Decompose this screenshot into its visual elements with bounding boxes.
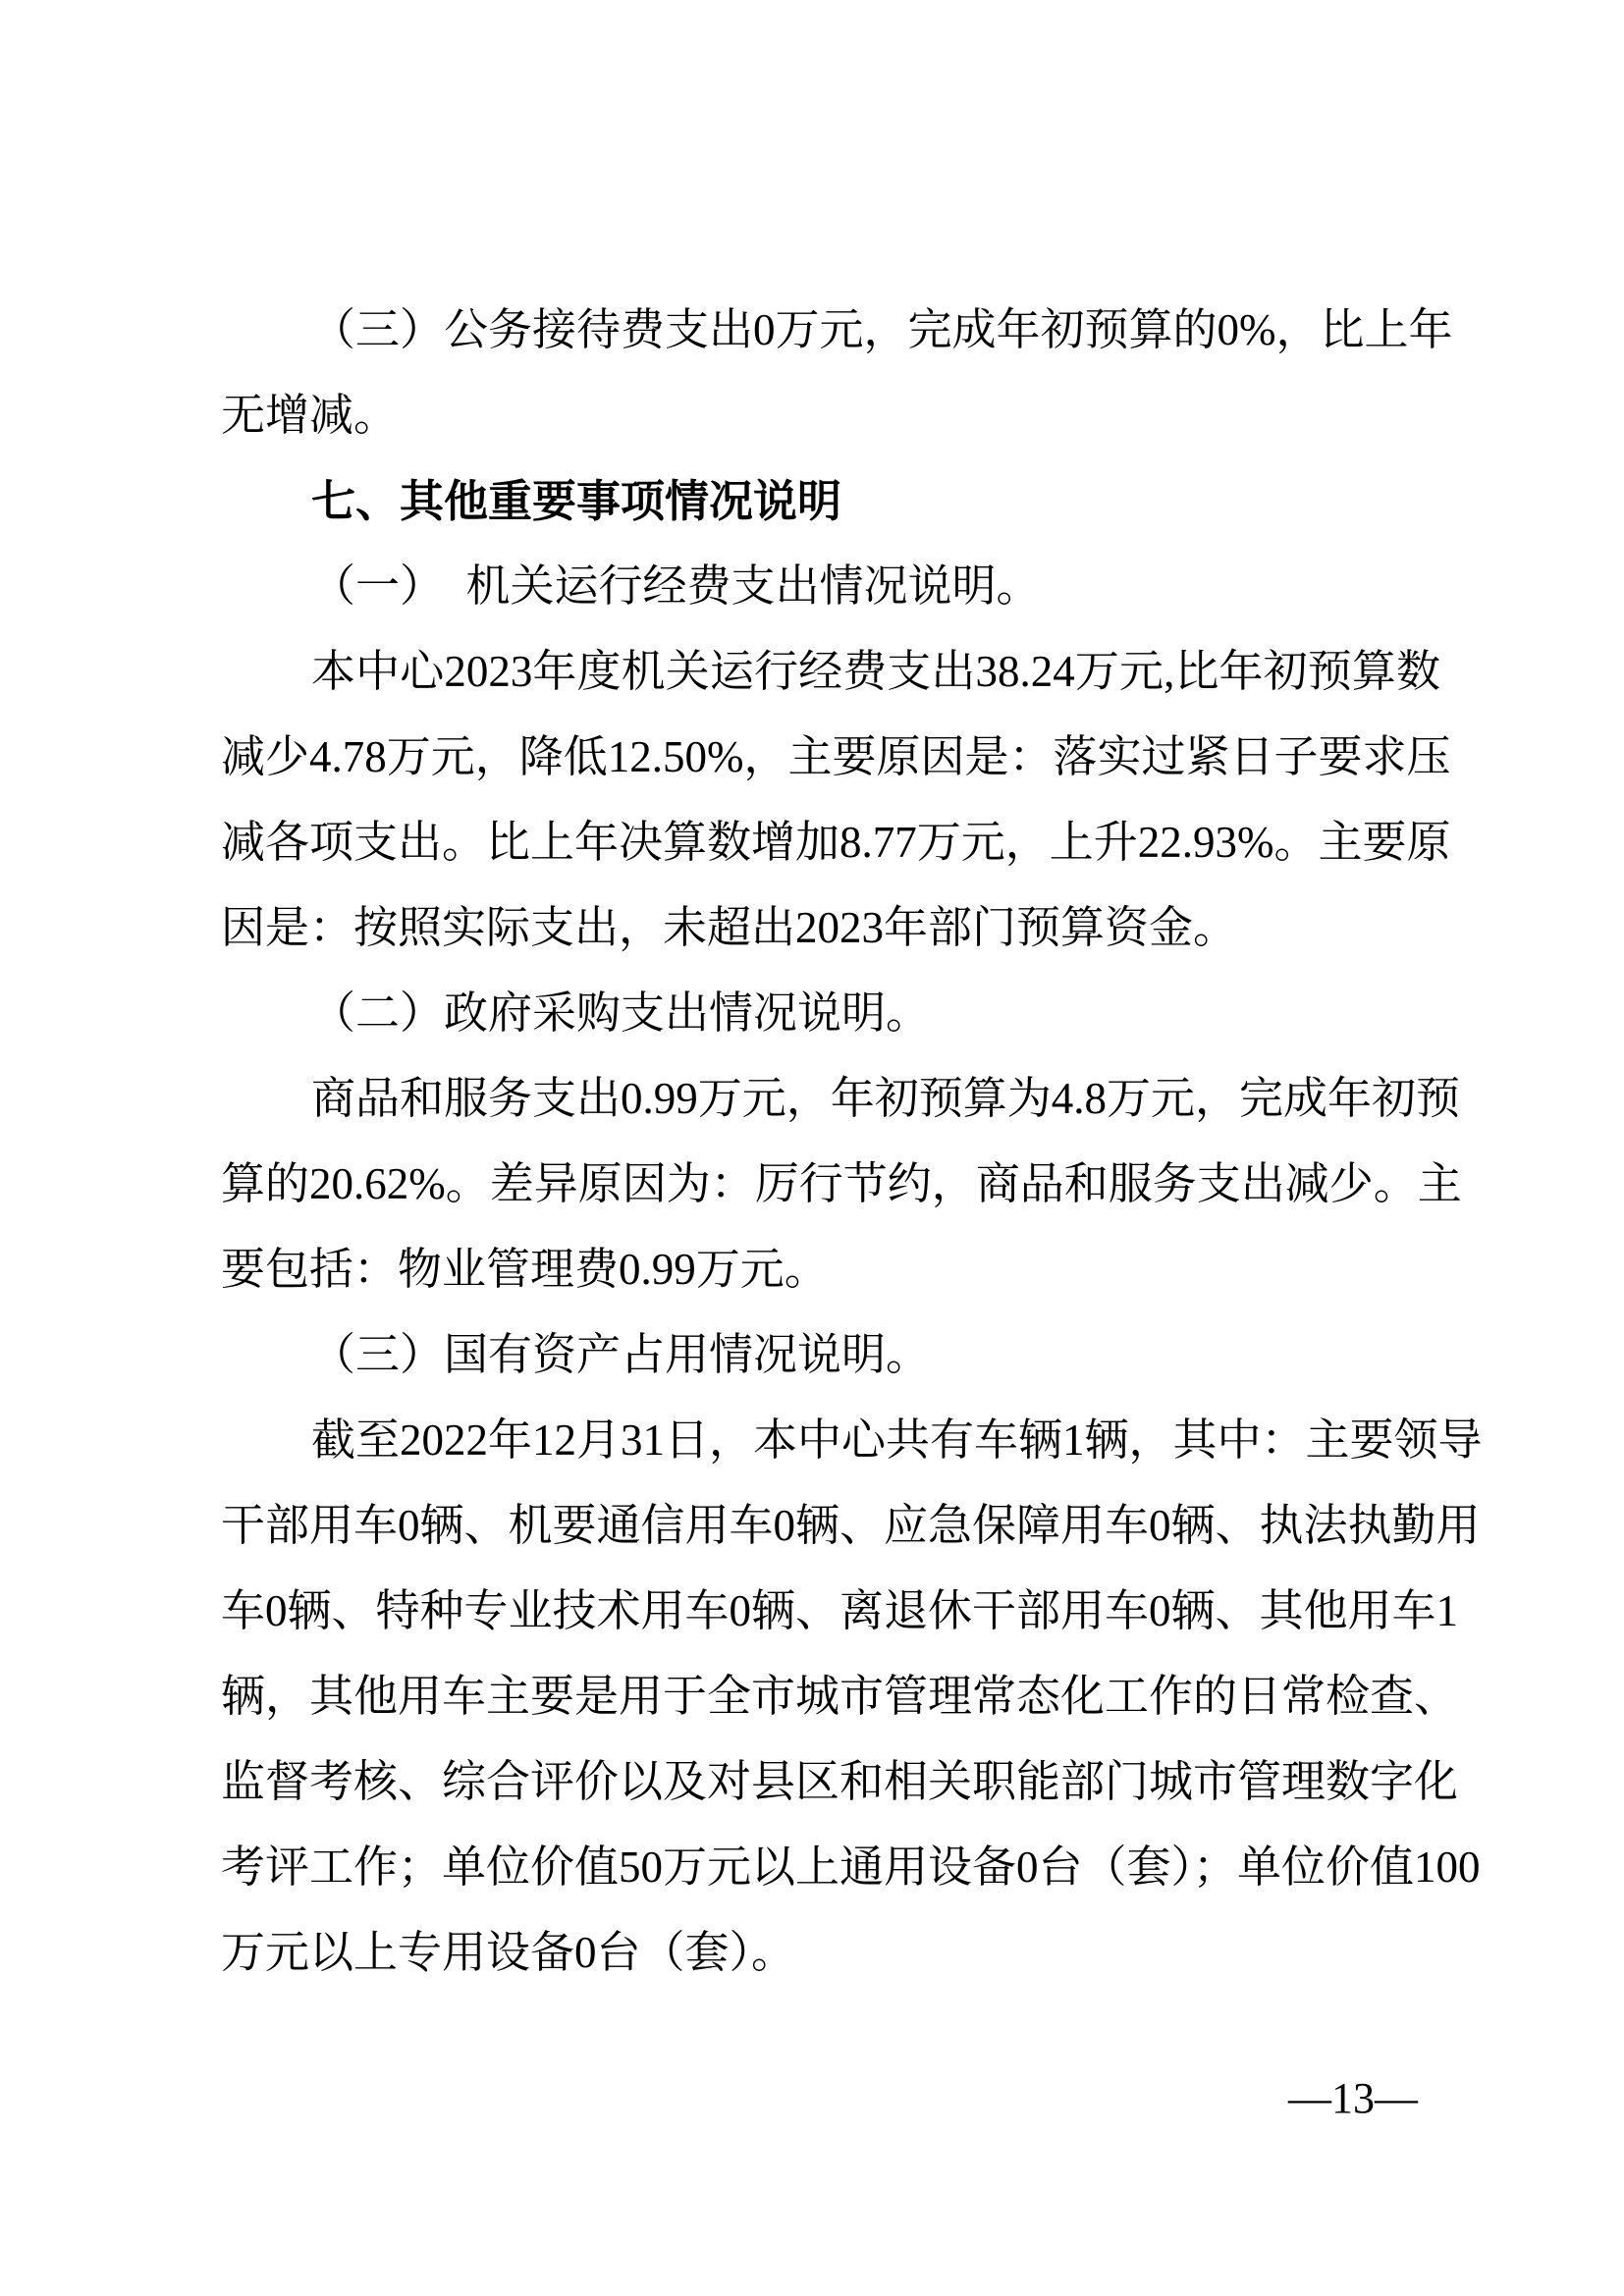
document-page: （三）公务接待费支出0万元，完成年初预算的0%，比上年 无增减。 七、其他重要事… — [0, 0, 1624, 2296]
body-line: 本中心2023年度机关运行经费支出38.24万元,比年初预算数 — [221, 629, 1440, 715]
body-line: 监督考核、综合评价以及对县区和相关职能部门城市管理数字化 — [221, 1739, 1440, 1825]
body-line: 考评工作；单位价值50万元以上通用设备0台（套）；单位价值100 — [221, 1825, 1440, 1910]
body-line: 车0辆、特种专业技术用车0辆、离退休干部用车0辆、其他用车1 — [221, 1569, 1440, 1654]
body-line: 干部用车0辆、机要通信用车0辆、应急保障用车0辆、执法执勤用 — [221, 1483, 1440, 1569]
body-line: 因是：按照实际支出，未超出2023年部门预算资金。 — [221, 885, 1440, 971]
body-line: 减少4.78万元，降低12.50%，主要原因是：落实过紧日子要求压 — [221, 715, 1440, 800]
body-line: 辆，其他用车主要是用于全市城市管理常态化工作的日常检查、 — [221, 1654, 1440, 1739]
subsection-heading: （三）国有资产占用情况说明。 — [221, 1312, 1440, 1398]
document-body: （三）公务接待费支出0万元，完成年初预算的0%，比上年 无增减。 七、其他重要事… — [221, 288, 1440, 1996]
subsection-heading: （一） 机关运行经费支出情况说明。 — [221, 544, 1440, 629]
body-line: 万元以上专用设备0台（套）。 — [221, 1910, 1440, 1996]
section-heading: 七、其他重要事项情况说明 — [221, 458, 1440, 544]
body-line: 要包括：物业管理费0.99万元。 — [221, 1227, 1440, 1312]
subsection-heading: （二）政府采购支出情况说明。 — [221, 971, 1440, 1056]
body-line: 算的20.62%。差异原因为：厉行节约，商品和服务支出减少。主 — [221, 1142, 1440, 1227]
body-line: 商品和服务支出0.99万元，年初预算为4.8万元，完成年初预 — [221, 1056, 1440, 1142]
body-line: 截至2022年12月31日，本中心共有车辆1辆，其中：主要领导 — [221, 1398, 1440, 1483]
page-number: —13— — [1288, 2073, 1418, 2124]
body-line: 减各项支出。比上年决算数增加8.77万元，上升22.93%。主要原 — [221, 800, 1440, 885]
body-line: 无增减。 — [221, 373, 1440, 458]
body-line: （三）公务接待费支出0万元，完成年初预算的0%，比上年 — [221, 288, 1440, 373]
